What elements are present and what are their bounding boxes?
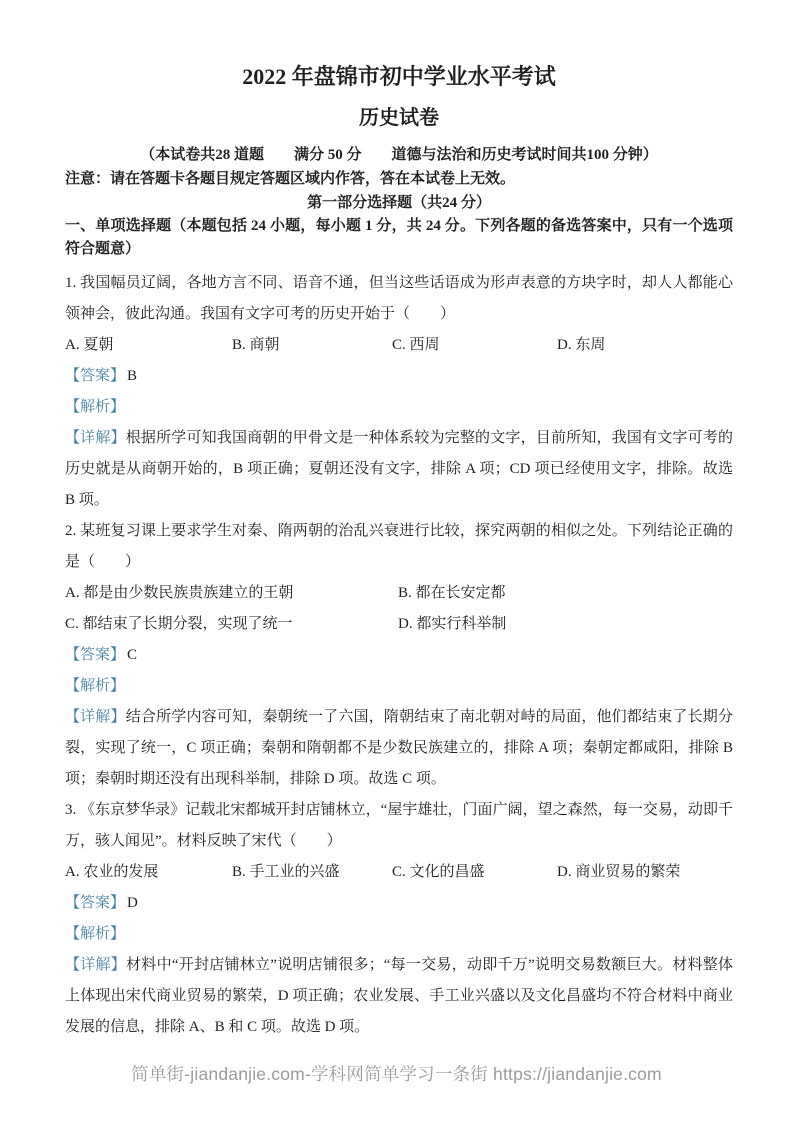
exam-paper-page: 2022 年盘锦市初中学业水平考试 历史试卷 （本试卷共28 道题 满分 50 … bbox=[0, 0, 793, 1122]
footer-watermark: 简单街-jiandanjie.com-学科网简单学习一条街 https://ji… bbox=[0, 1061, 793, 1086]
analysis-line: 【解析】 bbox=[65, 392, 733, 423]
question-block-2: 2. 某班复习课上要求学生对秦、隋两朝的治乱兴衰进行比较，探究两朝的相似之处。下… bbox=[65, 516, 733, 795]
answer-label: 【答案】 bbox=[65, 895, 125, 911]
analysis-line: 【解析】 bbox=[65, 671, 733, 702]
question-stem: 2. 某班复习课上要求学生对秦、隋两朝的治乱兴衰进行比较，探究两朝的相似之处。下… bbox=[65, 516, 733, 578]
page-title: 2022 年盘锦市初中学业水平考试 bbox=[65, 64, 733, 90]
analysis-label: 【解析】 bbox=[65, 926, 125, 942]
answer-line: 【答案】D bbox=[65, 888, 733, 919]
page-subtitle: 历史试卷 bbox=[65, 106, 733, 130]
option-a: A. 都是由少数民族贵族建立的王朝 bbox=[65, 578, 398, 609]
question-stem: 3. 《东京梦华录》记载北宋都城开封店铺林立，“屋宇雄壮，门面广阔，望之森然，每… bbox=[65, 795, 733, 857]
answer-label: 【答案】 bbox=[65, 368, 125, 384]
answer-line: 【答案】B bbox=[65, 361, 733, 392]
answer-line: 【答案】C bbox=[65, 640, 733, 671]
detail-text: 结合所学内容可知，秦朝统一了六国，隋朝结束了南北朝对峙的局面，他们都结束了长期分… bbox=[65, 709, 733, 787]
option-c: C. 文化的昌盛 bbox=[392, 857, 557, 888]
option-d: D. 都实行科举制 bbox=[398, 609, 733, 640]
option-b: B. 商朝 bbox=[232, 330, 392, 361]
option-d: D. 东周 bbox=[557, 330, 733, 361]
answer-label: 【答案】 bbox=[65, 647, 125, 663]
analysis-label: 【解析】 bbox=[65, 399, 125, 415]
answer-value: C bbox=[125, 647, 137, 663]
option-b: B. 都在长安定都 bbox=[398, 578, 733, 609]
questions-area: 1. 我国幅员辽阔，各地方言不同、语音不通，但当这些话语成为形声表意的方块字时，… bbox=[65, 268, 733, 1043]
exam-info-line: （本试卷共28 道题 满分 50 分 道德与法治和历史考试时间共100 分钟） bbox=[65, 143, 733, 167]
detail-text: 材料中“开封店铺林立”说明店铺很多；“每一交易，动即千万”说明交易数额巨大。材料… bbox=[65, 957, 733, 1035]
detail-text: 根据所学可知我国商朝的甲骨文是一种体系较为完整的文字，目前所知，我国有文字可考的… bbox=[65, 430, 733, 508]
detail-label: 【详解】 bbox=[65, 709, 126, 725]
answer-value: B bbox=[125, 368, 137, 384]
answer-value: D bbox=[125, 895, 138, 911]
option-c: C. 都结束了长期分裂，实现了统一 bbox=[65, 609, 398, 640]
analysis-line: 【解析】 bbox=[65, 919, 733, 950]
option-b: B. 手工业的兴盛 bbox=[232, 857, 392, 888]
detail-paragraph: 【详解】结合所学内容可知，秦朝统一了六国，隋朝结束了南北朝对峙的局面，他们都结束… bbox=[65, 702, 733, 795]
detail-paragraph: 【详解】材料中“开封店铺林立”说明店铺很多；“每一交易，动即千万”说明交易数额巨… bbox=[65, 950, 733, 1043]
options-row: A. 夏朝 B. 商朝 C. 西周 D. 东周 bbox=[65, 330, 733, 361]
options-row: A. 农业的发展 B. 手工业的兴盛 C. 文化的昌盛 D. 商业贸易的繁荣 bbox=[65, 857, 733, 888]
question-block-3: 3. 《东京梦华录》记载北宋都城开封店铺林立，“屋宇雄壮，门面广阔，望之森然，每… bbox=[65, 795, 733, 1043]
analysis-label: 【解析】 bbox=[65, 678, 125, 694]
detail-paragraph: 【详解】根据所学可知我国商朝的甲骨文是一种体系较为完整的文字，目前所知，我国有文… bbox=[65, 423, 733, 516]
option-a: A. 农业的发展 bbox=[65, 857, 232, 888]
question-block-1: 1. 我国幅员辽阔，各地方言不同、语音不通，但当这些话语成为形声表意的方块字时，… bbox=[65, 268, 733, 516]
option-d: D. 商业贸易的繁荣 bbox=[557, 857, 733, 888]
detail-label: 【详解】 bbox=[65, 957, 126, 973]
part-one-header: 第一部分选择题（共24 分） bbox=[65, 191, 733, 215]
detail-label: 【详解】 bbox=[65, 430, 126, 446]
option-a: A. 夏朝 bbox=[65, 330, 232, 361]
question-stem: 1. 我国幅员辽阔，各地方言不同、语音不通，但当这些话语成为形声表意的方块字时，… bbox=[65, 268, 733, 330]
notice-line: 注意：请在答题卡各题目规定答题区域内作答，答在本试卷上无效。 bbox=[65, 167, 733, 191]
options-row: A. 都是由少数民族贵族建立的王朝 B. 都在长安定都 C. 都结束了长期分裂，… bbox=[65, 578, 733, 640]
option-c: C. 西周 bbox=[392, 330, 557, 361]
section-intro: 一、单项选择题（本题包括 24 小题，每小题 1 分，共 24 分。下列各题的备… bbox=[65, 215, 733, 261]
